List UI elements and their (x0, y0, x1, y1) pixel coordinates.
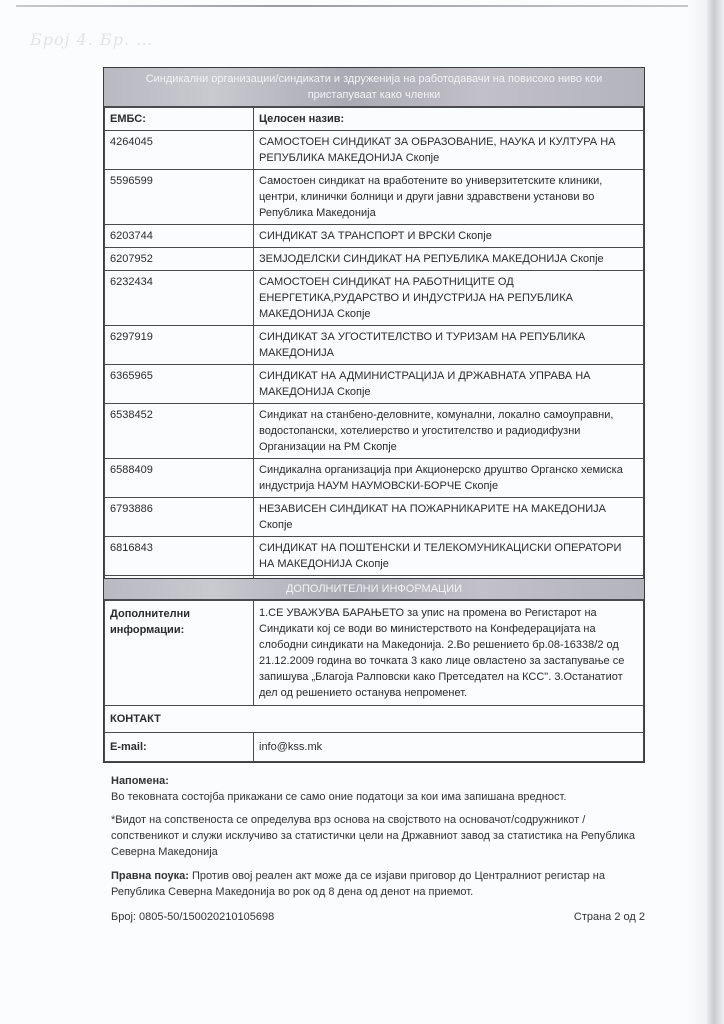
note-title: Напомена: (111, 773, 651, 789)
additional-info-row: Дополнителни информации: 1.СЕ УВАЖУВА БА… (105, 601, 644, 706)
embs-cell: 4264045 (105, 131, 254, 170)
table-row: 5596599Самостоен синдикат на вработените… (105, 170, 644, 225)
document-number: Број: 0805-50/150020210105698 (111, 911, 274, 923)
full-name-cell: ЗЕМЈОДЕЛСКИ СИНДИКАТ НА РЕПУБЛИКА МАКЕДО… (254, 248, 644, 271)
members-table-title: Синдикални организации/синдикати и здруж… (104, 68, 644, 107)
embs-cell: 6538452 (105, 404, 254, 459)
full-name-cell: СИНДИКАТ НА ПОШТЕНСКИ И ТЕЛЕКОМУНИКАЦИСК… (254, 537, 644, 576)
table-row: 4264045САМОСТОЕН СИНДИКАТ ЗА ОБРАЗОВАНИЕ… (105, 131, 644, 170)
embs-column-header: ЕМБС: (105, 108, 254, 131)
table-row: 6816843СИНДИКАТ НА ПОШТЕНСКИ И ТЕЛЕКОМУН… (105, 537, 644, 576)
table-row: 6297919СИНДИКАТ ЗА УГОСТИТЕЛСТВО И ТУРИЗ… (105, 326, 644, 365)
ownership-note: *Видот на сопственоста се определува врз… (111, 812, 651, 860)
additional-info-box: ДОПОЛНИТЕЛНИ ИНФОРМАЦИИ Дополнителни инф… (103, 578, 645, 763)
embs-cell: 6232434 (105, 271, 254, 326)
embs-cell: 6816843 (105, 537, 254, 576)
page-number: Страна 2 од 2 (574, 911, 645, 923)
table-row: 6538452Синдикат на станбено-деловните, к… (105, 404, 644, 459)
note-body-wrap: Во тековната состојба прикажани се само … (111, 789, 651, 805)
legal-notice-label: Правна поука: (111, 870, 189, 882)
full-name-cell: НЕЗАВИСЕН СИНДИКАТ НА ПОЖАРНИКАРИТЕ НА М… (254, 498, 644, 537)
full-name-cell: Синдикална организација при Акционерско … (254, 459, 644, 498)
contact-heading: КОНТАКТ (105, 706, 644, 733)
scan-top-edge (16, 5, 688, 7)
contact-row: КОНТАКТ (105, 706, 644, 733)
members-table: ЕМБС: Целосен назив: 4264045САМОСТОЕН СИ… (104, 107, 644, 599)
members-table-box: Синдикални организации/синдикати и здруж… (103, 67, 645, 600)
email-value[interactable]: info@kss.mk (254, 733, 644, 762)
embs-cell: 5596599 (105, 170, 254, 225)
full-name-cell: Синдикат на станбено-деловните, комуналн… (254, 404, 644, 459)
note-section: Напомена: (111, 773, 651, 789)
additional-info-table: Дополнителни информации: 1.СЕ УВАЖУВА БА… (104, 600, 644, 762)
embs-cell: 6207952 (105, 248, 254, 271)
full-name-cell: СИНДИКАТ ЗА ТРАНСПОРТ И ВРСКИ Скопје (254, 225, 644, 248)
table-row: 6207952ЗЕМЈОДЕЛСКИ СИНДИКАТ НА РЕПУБЛИКА… (105, 248, 644, 271)
ownership-note-wrap: *Видот на сопственоста се определува врз… (111, 812, 651, 860)
page-edge-shadow (688, 0, 724, 1024)
full-name-cell: СИНДИКАТ НА АДМИНИСТРАЦИЈА И ДРЖАВНАТА У… (254, 365, 644, 404)
full-name-cell: САМОСТОЕН СИНДИКАТ ЗА ОБРАЗОВАНИЕ, НАУКА… (254, 131, 644, 170)
embs-cell: 6203744 (105, 225, 254, 248)
embs-cell: 6297919 (105, 326, 254, 365)
faint-handwriting: Број 4. Бр. … (30, 30, 153, 49)
additional-info-text: 1.СЕ УВАЖУВА БАРАЊЕТО за упис на промена… (254, 601, 644, 706)
table-row: 6203744СИНДИКАТ ЗА ТРАНСПОРТ И ВРСКИ Ско… (105, 225, 644, 248)
table-row: 6793886НЕЗАВИСЕН СИНДИКАТ НА ПОЖАРНИКАРИ… (105, 498, 644, 537)
embs-cell: 6365965 (105, 365, 254, 404)
additional-info-label: Дополнителни информации: (105, 601, 254, 706)
additional-info-title: ДОПОЛНИТЕЛНИ ИНФОРМАЦИИ (104, 579, 644, 600)
full-name-cell: СИНДИКАТ ЗА УГОСТИТЕЛСТВО И ТУРИЗАМ НА Р… (254, 326, 644, 365)
full-name-cell: САМОСТОЕН СИНДИКАТ НА РАБОТНИЦИТЕ ОД ЕНЕ… (254, 271, 644, 326)
email-label: E-mail: (105, 733, 254, 762)
table-row: 6588409Синдикална организација при Акцио… (105, 459, 644, 498)
table-row: 6365965СИНДИКАТ НА АДМИНИСТРАЦИЈА И ДРЖА… (105, 365, 644, 404)
table-row: 6232434САМОСТОЕН СИНДИКАТ НА РАБОТНИЦИТЕ… (105, 271, 644, 326)
email-row: E-mail: info@kss.mk (105, 733, 644, 762)
embs-cell: 6793886 (105, 498, 254, 537)
legal-notice: Правна поука: Против овој реален акт мож… (111, 868, 651, 900)
full-name-column-header: Целосен назив: (254, 108, 644, 131)
note-body: Во тековната состојба прикажани се само … (111, 789, 651, 805)
full-name-cell: Самостоен синдикат на вработените во уни… (254, 170, 644, 225)
embs-cell: 6588409 (105, 459, 254, 498)
table-header-row: ЕМБС: Целосен назив: (105, 108, 644, 131)
